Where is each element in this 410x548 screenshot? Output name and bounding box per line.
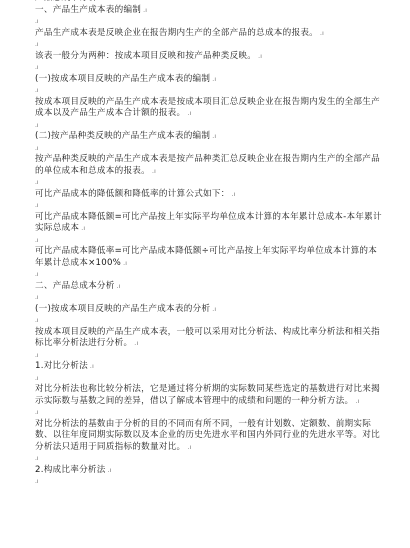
paragraph-text: 产品总成本分析 xyxy=(35,0,97,3)
heading-by-cost-item-compilation[interactable]: (一)按成本项目反映的产品生产成本表的编制.ı xyxy=(35,74,385,86)
paragraph-formula-intro[interactable]: 可比产品成本的降低额和降低率的计算公式如下：.ı xyxy=(35,189,385,201)
empty-paragraph[interactable]: .ı xyxy=(35,143,385,155)
paragraph-mark-icon: .ı xyxy=(152,168,156,175)
paragraph-text: 按成本项目反映的产品生产成本表是按成本项目汇总反映企业在报告期内发生的全部生产成… xyxy=(35,97,380,119)
empty-paragraph[interactable]: .ı xyxy=(35,476,385,488)
paragraph-text: 一、产品生产成本表的编制 xyxy=(35,5,141,15)
empty-paragraph[interactable]: .ı xyxy=(35,407,385,419)
paragraph-comparison-definition[interactable]: 对比分析法也称比较分析法，它是通过将分析期的实际数同某些选定的基数进行对比来揭示… xyxy=(35,384,385,407)
empty-paragraph[interactable]: .ı xyxy=(35,62,385,74)
empty-paragraph[interactable]: .ı xyxy=(35,39,385,51)
empty-paragraph[interactable]: .ı xyxy=(35,120,385,132)
paragraph-text: 该表一般分为两种：按成本项目反映和按产品种类反映。 xyxy=(35,51,256,61)
paragraph-mark-icon: .ı xyxy=(187,110,191,117)
paragraph-by-cost-item-definition[interactable]: 按成本项目反映的产品生产成本表是按成本项目汇总反映企业在报告期内发生的全部生产成… xyxy=(35,97,385,120)
paragraph-reduction-rate-formula[interactable]: 可比产品成本降低率=可比产品成本降低额÷可比产品按上年实际平均单位成本计算的本年… xyxy=(35,246,385,269)
heading-comparison-analysis[interactable]: 1.对比分析法.ı xyxy=(35,361,385,373)
heading-product-cost-table-compilation[interactable]: 一、产品生产成本表的编制.ı xyxy=(35,5,385,17)
paragraph-text: 产品生产成本表是反映企业在报告期内生产的全部产品的总成本的报表。 xyxy=(35,28,318,38)
empty-paragraph[interactable]: .ı xyxy=(35,292,385,304)
empty-paragraph[interactable]: .ı xyxy=(35,373,385,385)
paragraph-mark-icon: .ı xyxy=(134,340,138,347)
paragraph-definition[interactable]: 产品生产成本表是反映企业在报告期内生产的全部产品的总成本的报表。.ı xyxy=(35,28,385,40)
paragraph-mark-icon: .ı xyxy=(90,363,94,370)
paragraph-analysis-methods[interactable]: 按成本项目反映的产品生产成本表，一般可以采用对比分析法、构成比率分析法和相关指标… xyxy=(35,327,385,350)
empty-paragraph[interactable]: .ı xyxy=(35,16,385,28)
paragraph-text: 可比产品成本降低率=可比产品成本降低额÷可比产品按上年实际平均单位成本计算的本年… xyxy=(35,246,377,268)
paragraph-text: 可比产品成本的降低额和降低率的计算公式如下： xyxy=(35,189,230,199)
paragraph-mark-icon: .ı xyxy=(117,283,121,290)
paragraph-text: (一)按成本项目反映的产品生产成本表的分析 xyxy=(35,304,210,314)
paragraph-text: 按产品种类反映的产品生产成本表是按产品种类汇总反映企业在报告期内生产的全部产品的… xyxy=(35,154,380,176)
heading-total-cost-analysis[interactable]: 二、产品总成本分析.ı xyxy=(35,281,385,293)
empty-paragraph[interactable]: .ı xyxy=(35,350,385,362)
paragraph-mark-icon: .ı xyxy=(123,260,127,267)
paragraph-by-product-type-definition[interactable]: 按产品种类反映的产品生产成本表是按产品种类汇总反映企业在报告期内生产的全部产品的… xyxy=(35,154,385,177)
paragraph-text: (二)按产品种类反映的产品生产成本表的编制 xyxy=(35,131,210,141)
empty-paragraph[interactable]: .ı xyxy=(35,315,385,327)
paragraph-text: 对比分析法的基数由于分析的目的不同而有所不同，一般有计划数、定额数、前期实际数、… xyxy=(35,419,380,452)
paragraph-mark-icon: .ı xyxy=(212,306,216,313)
paragraph-mark-icon: .ı xyxy=(108,467,112,474)
heading-by-cost-item-analysis[interactable]: (一)按成本项目反映的产品生产成本表的分析.ı xyxy=(35,304,385,316)
paragraph-mark-icon: .ı xyxy=(81,225,85,232)
paragraph-text: 2.构成比率分析法 xyxy=(35,465,106,475)
paragraph-mark-icon: .ı xyxy=(232,191,236,198)
paragraph-mark-icon: .ı xyxy=(355,398,359,405)
document-page: 产品总成本分析 一、产品生产成本表的编制.ı .ı 产品生产成本表是反映企业在报… xyxy=(35,0,385,488)
empty-paragraph[interactable]: .ı xyxy=(35,85,385,97)
paragraph-text: 1.对比分析法 xyxy=(35,361,88,371)
paragraph-mark-icon: .ı xyxy=(212,133,216,140)
paragraph-mark-icon: .ı xyxy=(187,444,191,451)
heading-composition-ratio-analysis[interactable]: 2.构成比率分析法.ı xyxy=(35,465,385,477)
paragraph-comparison-base[interactable]: 对比分析法的基数由于分析的目的不同而有所不同，一般有计划数、定额数、前期实际数、… xyxy=(35,419,385,454)
paragraph-text: 对比分析法也称比较分析法，它是通过将分析期的实际数同某些选定的基数进行对比来揭示… xyxy=(35,384,380,406)
paragraph-text: 二、产品总成本分析 xyxy=(35,281,115,291)
empty-paragraph[interactable]: .ı xyxy=(35,200,385,212)
empty-paragraph[interactable]: .ı xyxy=(35,177,385,189)
paragraph-text: 按成本项目反映的产品生产成本表，一般可以采用对比分析法、构成比率分析法和相关指标… xyxy=(35,327,380,349)
paragraph-mark-icon: .ı xyxy=(143,7,147,14)
paragraph-text: (一)按成本项目反映的产品生产成本表的编制 xyxy=(35,74,210,84)
paragraph-two-types[interactable]: 该表一般分为两种：按成本项目反映和按产品种类反映。.ı xyxy=(35,51,385,63)
empty-paragraph[interactable]: .ı xyxy=(35,453,385,465)
paragraph-mark-icon: .ı xyxy=(212,76,216,83)
paragraph-mark-icon: .ı xyxy=(320,30,324,37)
paragraph-text: 可比产品成本降低额=可比产品按上年实际平均单位成本计算的本年累计总成本-本年累计… xyxy=(35,212,382,234)
paragraph-reduction-amount-formula[interactable]: 可比产品成本降低额=可比产品按上年实际平均单位成本计算的本年累计总成本-本年累计… xyxy=(35,212,385,235)
empty-paragraph[interactable]: .ı xyxy=(35,269,385,281)
heading-by-product-type-compilation[interactable]: (二)按产品种类反映的产品生产成本表的编制.ı xyxy=(35,131,385,143)
paragraph-mark-icon: .ı xyxy=(258,53,262,60)
empty-paragraph[interactable]: .ı xyxy=(35,235,385,247)
